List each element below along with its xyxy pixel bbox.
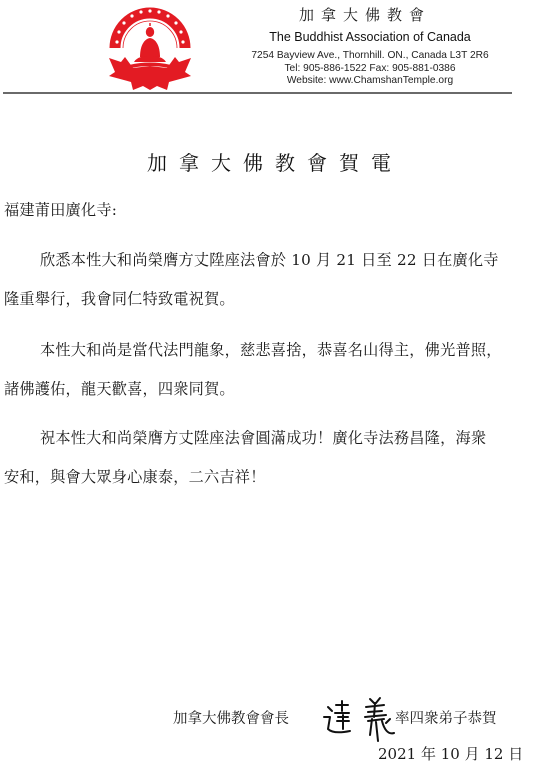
letterhead-contact-block: 7254 Bayview Ave., Thornhill. ON., Canad… [215,50,525,88]
paragraph-2-line-1: 本性大和尚是當代法門龍象，慈悲喜捨，恭喜名山得主，佛光普照， [40,339,502,360]
letterhead-english-name: The Buddhist Association of Canada [205,30,535,44]
salutation: 福建莆田廣化寺: [4,199,117,220]
paragraph-1-line-2: 隆重舉行，我會同仁特致電祝賀。 [4,288,235,309]
paragraph-3-line-2: 安和，與會大眾身心康泰，二六吉祥！ [4,466,266,487]
letterhead-address: 7254 Bayview Ave., Thornhill. ON., Canad… [215,50,525,63]
letterhead-phone-fax: Tel: 905-886-1522 Fax: 905-881-0386 [215,63,525,76]
document-title: 加拿大佛教會賀電 [140,147,410,176]
letterhead-divider [3,92,512,94]
signatory-closing: 率四衆弟子恭賀 [395,707,497,728]
letterhead-chinese-name: 加拿大佛教會 [275,4,455,25]
paragraph-1-line-1: 欣悉本性大和尚榮膺方丈陞座法會於 10 月 21 日至 22 日在廣化寺 [40,249,499,270]
buddhist-association-logo-icon [107,2,193,90]
paragraph-3-line-1: 祝本性大和尚榮膺方丈陞座法會圓滿成功！廣化寺法務昌隆，海衆 [40,427,486,448]
paragraph-2-line-2: 諸佛護佑，龍天歡喜，四衆同賀。 [4,378,235,399]
letterhead-website: Website: www.ChamshanTemple.org [215,75,525,88]
document-date: 2021 年 10 月 12 日 [378,743,523,764]
signatory-title: 加拿大佛教會會長 [173,707,289,728]
